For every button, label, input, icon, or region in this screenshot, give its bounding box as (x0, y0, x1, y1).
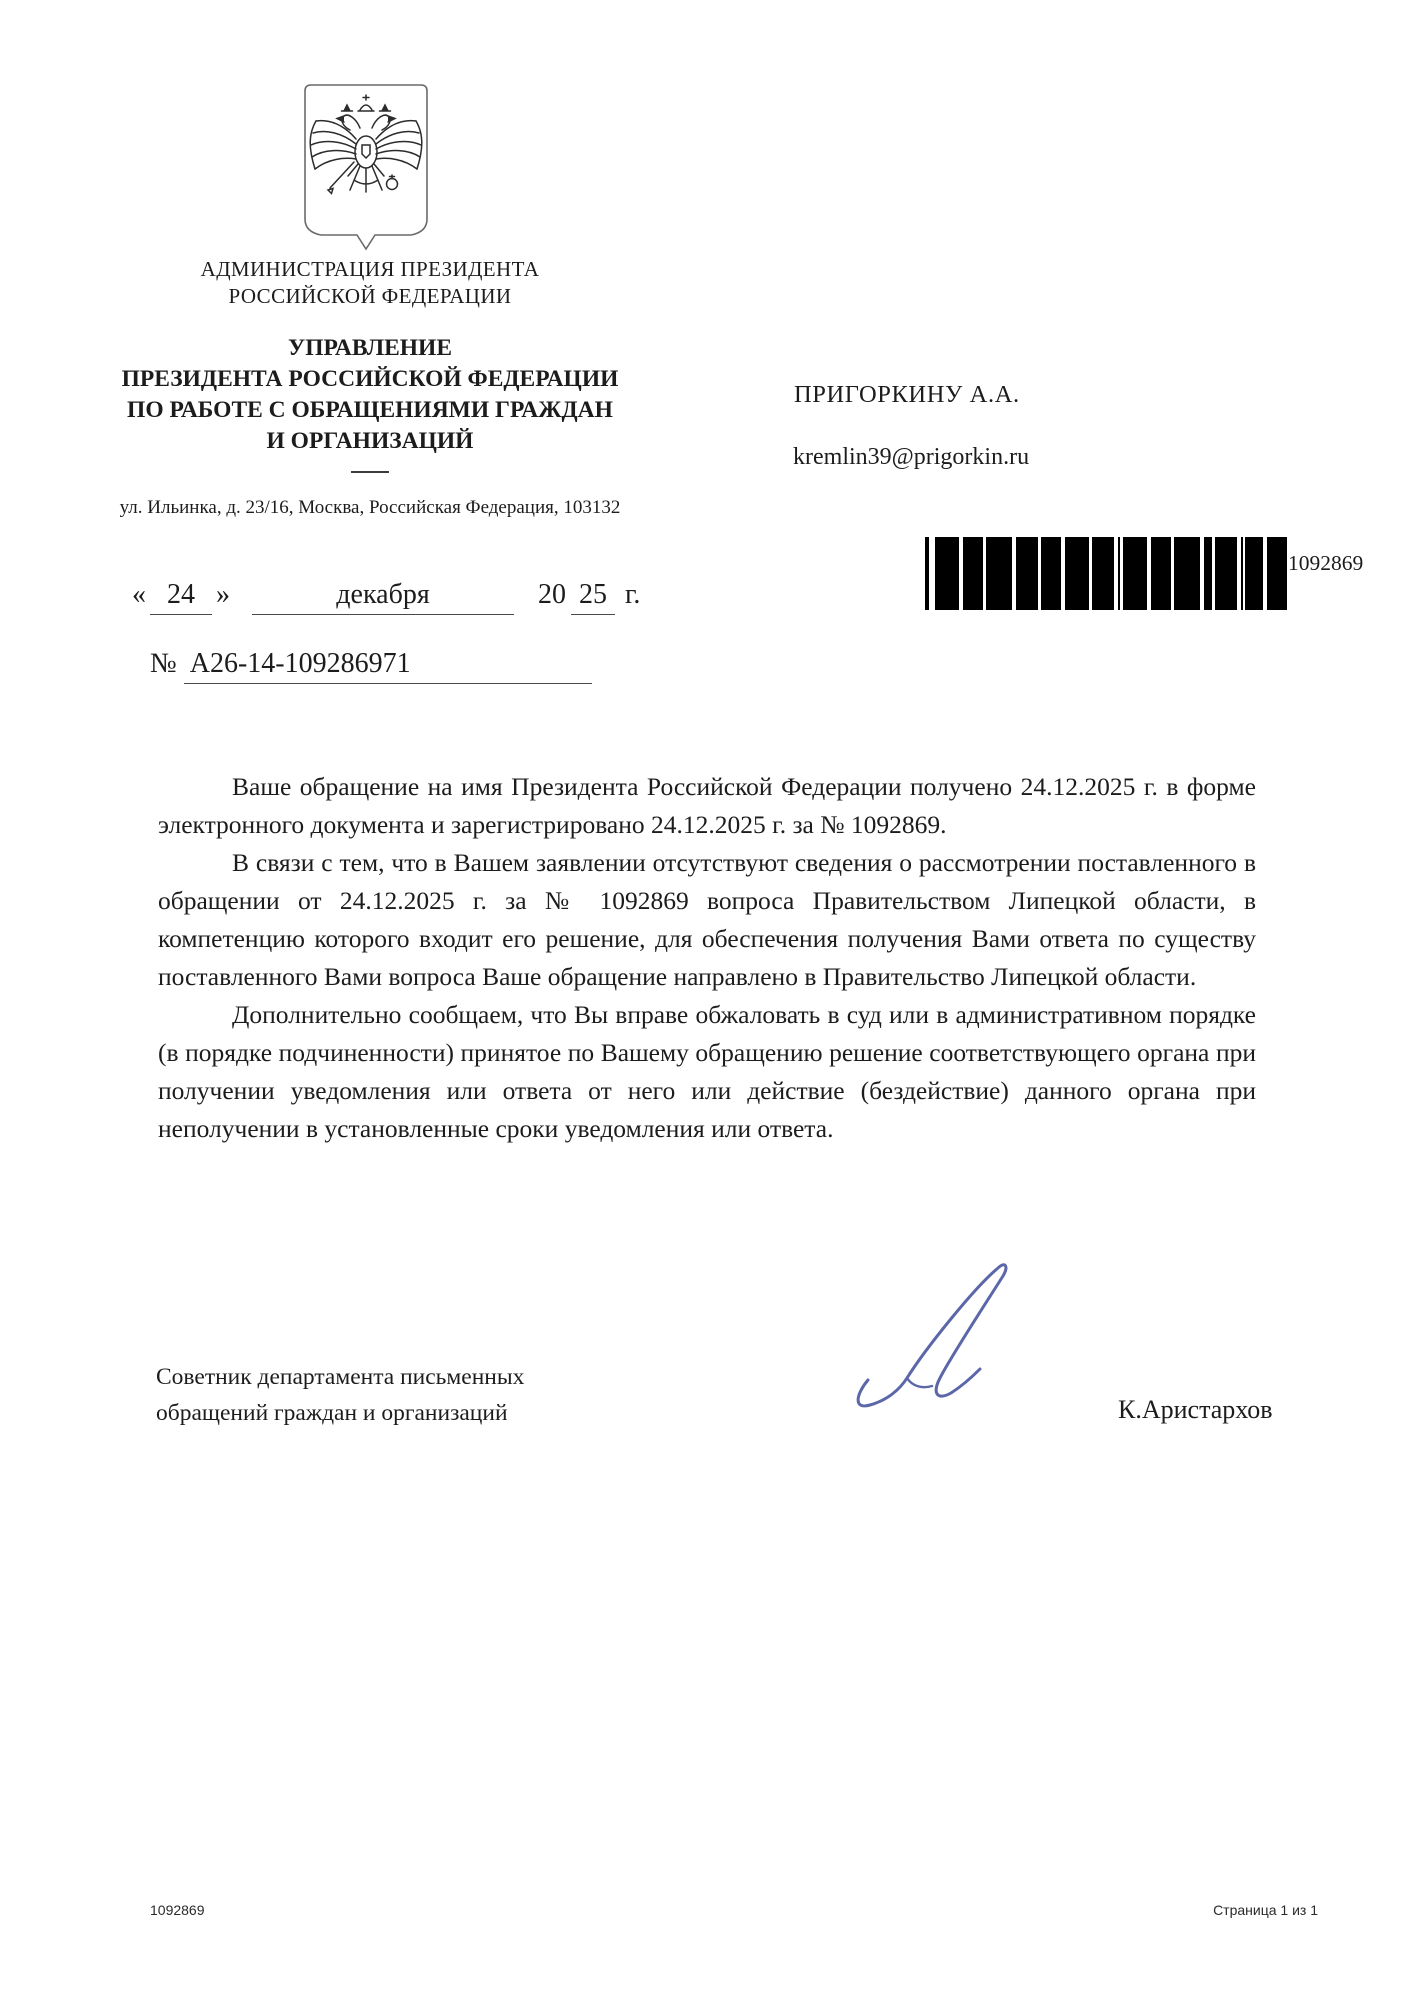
date-month: декабря (252, 579, 514, 615)
letter-page: АДМИНИСТРАЦИЯ ПРЕЗИДЕНТА РОССИЙСКОЙ ФЕДЕ… (0, 0, 1413, 2000)
reference-number-value: А26-14-109286971 (184, 648, 592, 684)
body-paragraph: Дополнительно сообщаем, что Вы вправе об… (158, 996, 1256, 1148)
reference-number: № А26-14-109286971 (150, 648, 592, 684)
footer-doc-number: 1092869 (150, 1902, 205, 1918)
org-name-line-1: АДМИНИСТРАЦИЯ ПРЕЗИДЕНТА (90, 256, 650, 283)
dept-name-line-1: УПРАВЛЕНИЕ (70, 333, 670, 364)
date-open-quote: « (128, 579, 150, 610)
date-close-quote: » (212, 579, 234, 610)
footer-page-info: Страница 1 из 1 (1213, 1902, 1318, 1918)
barcode-number: 1092869 (1288, 551, 1363, 576)
recipient-email: kremlin39@prigorkin.ru (793, 444, 1029, 471)
date-year-suffix: г. (625, 579, 640, 610)
dept-name-line-3: ПО РАБОТЕ С ОБРАЩЕНИЯМИ ГРАЖДАН (70, 395, 670, 426)
body-paragraph: Ваше обращение на имя Президента Российс… (158, 768, 1256, 844)
date-year: 25 (571, 579, 615, 615)
date-century: 20 (538, 579, 566, 610)
org-address: ул. Ильинка, д. 23/16, Москва, Российска… (90, 497, 650, 519)
handwritten-signature-icon (850, 1258, 1050, 1436)
date-line: «24»декабря2025г. (128, 579, 640, 615)
dept-name-line-2: ПРЕЗИДЕНТА РОССИЙСКОЙ ФЕДЕРАЦИИ (70, 364, 670, 395)
signatory-title-line-1: Советник департамента письменных (156, 1359, 586, 1395)
signatory-title: Советник департамента письменных обращен… (156, 1359, 586, 1431)
signatory-title-line-2: обращений граждан и организаций (156, 1395, 586, 1431)
russian-coat-of-arms-icon (303, 83, 429, 251)
org-name: АДМИНИСТРАЦИЯ ПРЕЗИДЕНТА РОССИЙСКОЙ ФЕДЕ… (90, 256, 650, 310)
body-paragraph: В связи с тем, что в Вашем заявлении отс… (158, 844, 1256, 996)
letterhead-divider (351, 471, 389, 473)
department-name: УПРАВЛЕНИЕ ПРЕЗИДЕНТА РОССИЙСКОЙ ФЕДЕРАЦ… (70, 333, 670, 457)
letter-body: Ваше обращение на имя Президента Российс… (158, 768, 1256, 1148)
date-day: 24 (150, 579, 212, 615)
org-name-line-2: РОССИЙСКОЙ ФЕДЕРАЦИИ (90, 283, 650, 310)
signatory-name: К.Аристархов (1118, 1395, 1273, 1425)
barcode (925, 537, 1287, 610)
recipient-name: ПРИГОРКИНУ А.А. (794, 381, 1020, 409)
reference-number-label: № (150, 648, 177, 679)
dept-name-line-4: И ОРГАНИЗАЦИЙ (70, 426, 670, 457)
